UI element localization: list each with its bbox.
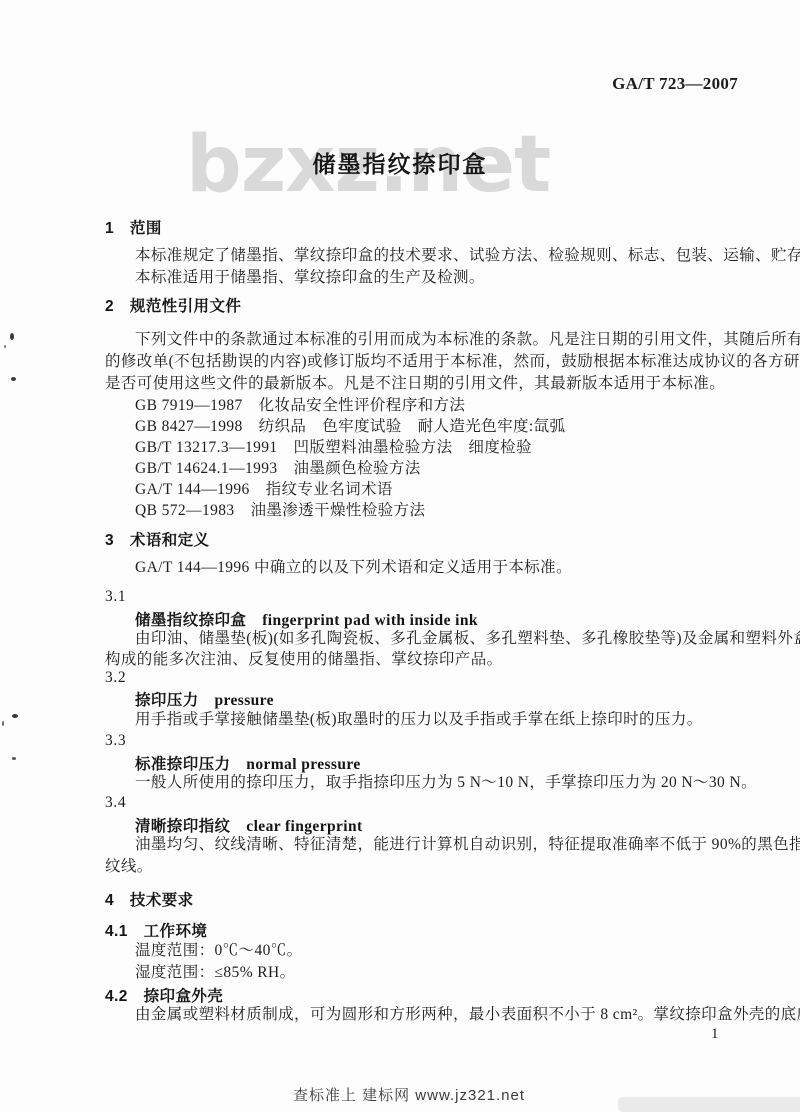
references-intro-line: 是否可使用这些文件的最新版本。凡是不注日期的引用文件，其最新版本适用于本标准。	[105, 374, 725, 394]
references-intro-line: 下列文件中的条款通过本标准的引用而成为本标准的条款。凡是注日期的引用文件，其随后…	[135, 330, 800, 350]
scan-speck	[12, 714, 18, 718]
reference-item: QB 572—1983 油墨渗透干燥性检验方法	[135, 501, 425, 521]
page-number: 1	[711, 1026, 719, 1043]
term-definition-line: 一般人所使用的捺印压力，取手指捺印压力为 5 N～10 N，手掌捺印压力为 20…	[135, 773, 757, 793]
scan-speck	[4, 345, 6, 348]
term-number: 3.3	[105, 732, 126, 750]
term-title: 捺印压力 pressure	[135, 688, 274, 710]
reference-item: GB/T 13217.3—1991 凹版塑料油墨检验方法 细度检验	[135, 438, 532, 458]
standard-code: GA/T 723—2007	[612, 74, 738, 94]
scope-paragraph-line: 本标准适用于储墨指、掌纹捺印盒的生产及检测。	[135, 268, 485, 288]
term-title: 储墨指纹捺印盒 fingerprint pad with inside ink	[135, 608, 478, 630]
scan-smear	[618, 1097, 800, 1112]
term-definition-line: 用手指或手掌接触储墨垫(板)取墨时的压力以及手指或手掌在纸上捺印时的压力。	[135, 710, 703, 730]
scan-speck	[11, 377, 16, 381]
term-definition-line: 纹线。	[105, 857, 153, 877]
section-2-heading: 2 规范性引用文件	[105, 294, 241, 316]
section-1-heading: 1 范围	[105, 216, 162, 238]
reference-item: GB 7919—1987 化妆品安全性评价程序和方法	[135, 396, 465, 416]
term-definition-line: 由印油、储墨垫(板)(如多孔陶瓷板、多孔金属板、多孔塑料垫、多孔橡胶垫等)及金属…	[135, 629, 800, 649]
document-title: 储墨指纹捺印盒	[0, 146, 800, 179]
term-number: 3.4	[105, 794, 126, 812]
section-4-heading: 4 技术要求	[105, 888, 194, 910]
scan-speck	[2, 721, 4, 726]
shell-spec-line: 由金属或塑料材质制成，可为圆形和方形两种，最小表面积不小于 8 cm²。掌纹捺印…	[135, 1005, 800, 1025]
term-number: 3.2	[105, 669, 126, 687]
term-definition-line: 油墨均匀、纹线清晰、特征清楚，能进行计算机自动识别，特征提取准确率不低于 90%…	[135, 835, 800, 855]
environment-spec-line: 温度范围：0℃～40℃。	[135, 941, 303, 961]
reference-item: GA/T 144—1996 指纹专业名词术语	[135, 480, 393, 500]
scope-paragraph-line: 本标准规定了储墨指、掌纹捺印盒的技术要求、试验方法、检验规则、标志、包装、运输、…	[135, 246, 800, 266]
term-title: 清晰捺印指纹 clear fingerprint	[135, 814, 363, 836]
scan-speck	[10, 333, 14, 340]
environment-spec-line: 湿度范围：≤85% RH。	[135, 963, 296, 983]
section-3-heading: 3 术语和定义	[105, 528, 209, 550]
reference-item: GB 8427—1998 纺织品 色牢度试验 耐人造光色牢度:氙弧	[135, 417, 565, 437]
section-4-1-heading: 4.1 工作环境	[105, 919, 207, 941]
references-intro-line: 的修改单(不包括勘误的内容)或修订版均不适用于本标准，然而，鼓励根据本标准达成协…	[105, 352, 800, 372]
scan-speck	[12, 757, 16, 760]
standard-document-page: bzxz.net GA/T 723—2007 储墨指纹捺印盒 1 范围 本标准规…	[0, 0, 800, 1112]
term-number: 3.1	[105, 588, 126, 606]
term-definition-line: 构成的能多次注油、反复使用的储墨指、掌纹捺印产品。	[105, 650, 503, 670]
term-title: 标准捺印压力 normal pressure	[135, 752, 361, 774]
terms-intro: GA/T 144—1996 中确立的以及下列术语和定义适用于本标准。	[135, 558, 572, 578]
section-4-2-heading: 4.2 捺印盒外壳	[105, 984, 223, 1006]
reference-item: GB/T 14624.1—1993 油墨颜色检验方法	[135, 459, 421, 479]
